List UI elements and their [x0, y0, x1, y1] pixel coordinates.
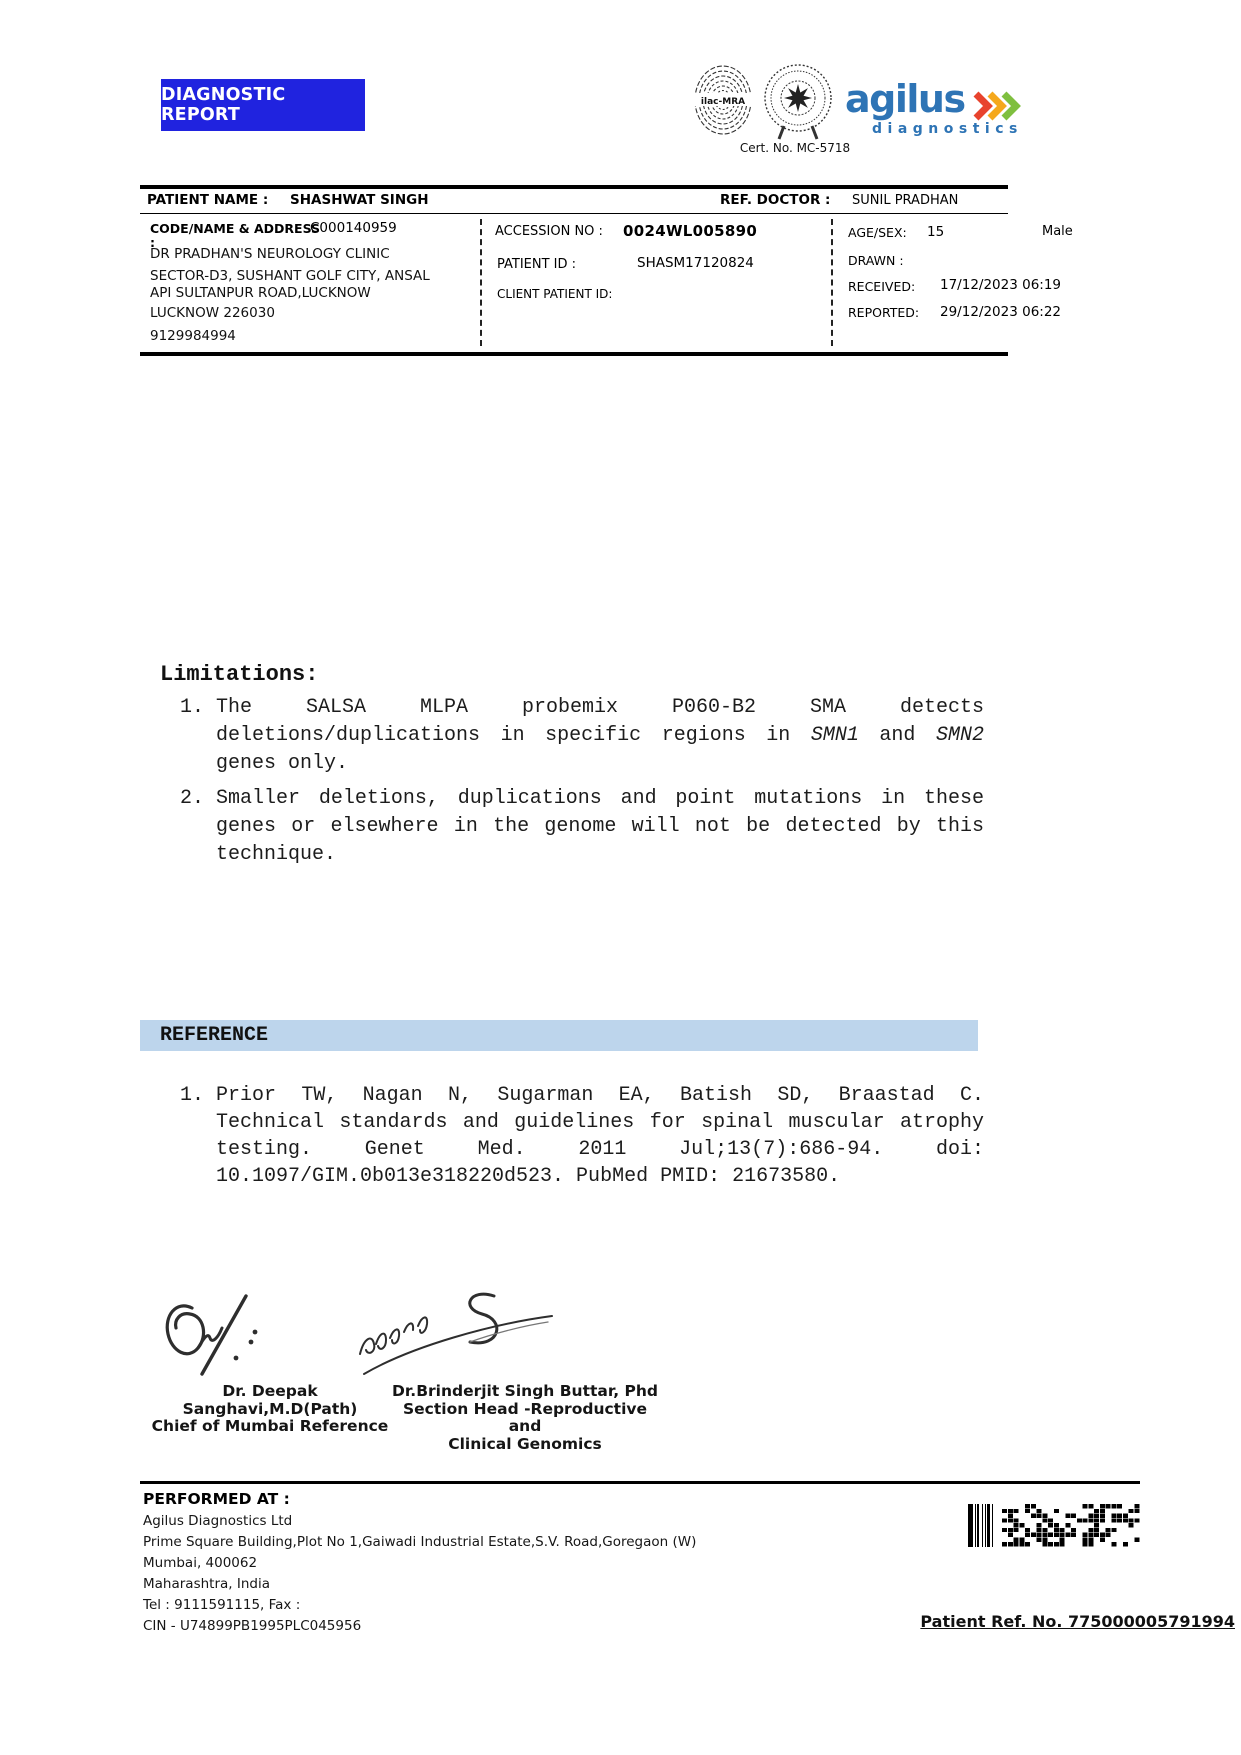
agilus-chevrons-icon [973, 91, 1025, 125]
list-number: 1. [180, 1082, 216, 1190]
received-value: 17/12/2023 06:19 [940, 277, 1061, 293]
column-separator-2 [831, 219, 833, 346]
reference-heading: REFERENCE [160, 1024, 268, 1047]
diagnostic-report-badge: DIAGNOSTIC REPORT [161, 79, 365, 131]
client-address-line: API SULTANPUR ROAD,LUCKNOW [150, 285, 371, 301]
signature-brinderjit-buttar [352, 1286, 562, 1390]
ilac-mra-stamp-icon: ilac-MRA [693, 66, 753, 134]
limitation-text-part: and [859, 724, 936, 747]
client-patient-id-label: CLIENT PATIENT ID: [497, 287, 612, 301]
agilus-logo-tagline: diagnostics [872, 121, 1023, 137]
performed-at-label: PERFORMED AT : [143, 1490, 290, 1508]
limitation-text: The SALSA MLPA probemix P060-B2 SMA dete… [216, 694, 984, 778]
client-address-line: SECTOR-D3, SUSHANT GOLF CITY, ANSAL [150, 268, 430, 284]
gene-name-smn2: SMN2 [936, 724, 984, 747]
client-address-line: DR PRADHAN'S NEUROLOGY CLINIC [150, 246, 390, 262]
signatory-name: Dr. Deepak [150, 1383, 390, 1401]
gene-name-smn1: SMN1 [811, 724, 859, 747]
reference-list: 1. Prior TW, Nagan N, Sugarman EA, Batis… [180, 1082, 996, 1190]
patient-name-label: PATIENT NAME : [147, 192, 268, 208]
reported-label: REPORTED: [848, 305, 919, 320]
reported-value: 29/12/2023 06:22 [940, 304, 1061, 320]
signature-deepak-sanghavi [158, 1290, 288, 1389]
limitations-list: 1. The SALSA MLPA probemix P060-B2 SMA d… [180, 694, 996, 869]
divider-footer [140, 1481, 1140, 1484]
signatory-left-block: Dr. Deepak Sanghavi,M.D(Path) Chief of M… [150, 1383, 390, 1436]
signatory-title: Clinical Genomics [385, 1436, 665, 1454]
reference-citation: Prior TW, Nagan N, Sugarman EA, Batish S… [216, 1082, 984, 1190]
accession-no-label: ACCESSION NO : [495, 224, 603, 239]
client-address-line: LUCKNOW 226030 [150, 305, 275, 321]
signatory-name: Dr.Brinderjit Singh Buttar, Phd [385, 1383, 665, 1401]
limitation-item: 2. Smaller deletions, duplications and p… [180, 785, 996, 869]
patient-ref-number: Patient Ref. No. 775000005791994 [920, 1612, 1235, 1631]
lab-address-line: Mumbai, 400062 [143, 1555, 257, 1571]
accession-no-value: 0024WL005890 [623, 222, 757, 240]
client-phone: 9129984994 [150, 328, 236, 344]
list-number: 1. [180, 694, 216, 778]
lab-name: Agilus Diagnostics Ltd [143, 1513, 292, 1529]
signatory-right-block: Dr.Brinderjit Singh Buttar, Phd Section … [385, 1383, 665, 1453]
age-value: 15 [927, 224, 944, 240]
ref-doctor-value: SUNIL PRADHAN [852, 193, 958, 208]
nabl-stamp-icon [765, 65, 831, 139]
lab-address-line: Prime Square Building,Plot No 1,Gaiwadi … [143, 1534, 696, 1550]
list-number: 2. [180, 785, 216, 869]
limitation-text: Smaller deletions, duplications and poin… [216, 785, 984, 869]
patient-id-value: SHASM17120824 [637, 255, 754, 271]
limitation-item: 1. The SALSA MLPA probemix P060-B2 SMA d… [180, 694, 996, 778]
barcode [968, 1504, 1140, 1551]
reference-item: 1. Prior TW, Nagan N, Sugarman EA, Batis… [180, 1082, 996, 1190]
signatory-title: Chief of Mumbai Reference [150, 1418, 390, 1436]
signatory-title: Section Head -Reproductive and [385, 1401, 665, 1436]
limitation-text-part: genes only. [216, 752, 348, 775]
agilus-logo-text: agilus [845, 80, 965, 118]
code-value: C000140959 [310, 220, 397, 236]
diagnostic-report-page: DIAGNOSTIC REPORT ilac-MRA [0, 0, 1241, 1755]
received-label: RECEIVED: [848, 279, 915, 294]
lab-cin: CIN - U74899PB1995PLC045956 [143, 1618, 361, 1634]
divider-thin [140, 213, 1008, 214]
drawn-label: DRAWN : [848, 253, 904, 268]
ilac-mra-stamp-label: ilac-MRA [701, 97, 745, 107]
ref-doctor-label: REF. DOCTOR : [720, 192, 830, 208]
sex-value: Male [1042, 224, 1073, 239]
patient-id-label: PATIENT ID : [497, 257, 576, 272]
age-sex-label: AGE/SEX: [848, 225, 907, 240]
accreditation-stamps: ilac-MRA [688, 58, 838, 147]
divider-top [140, 185, 1008, 189]
patient-name-value: SHASHWAT SINGH [290, 192, 429, 208]
column-separator-1 [480, 219, 482, 346]
code-address-label: CODE/NAME & ADDRESS [150, 221, 320, 236]
lab-phone-fax: Tel : 9111591115, Fax : [143, 1597, 300, 1613]
certificate-number: Cert. No. MC-5718 [700, 141, 890, 155]
lab-address-line: Maharashtra, India [143, 1576, 270, 1592]
signatory-name: Sanghavi,M.D(Path) [150, 1401, 390, 1419]
limitations-heading: Limitations: [160, 662, 318, 687]
divider-info-bottom [140, 352, 1008, 356]
